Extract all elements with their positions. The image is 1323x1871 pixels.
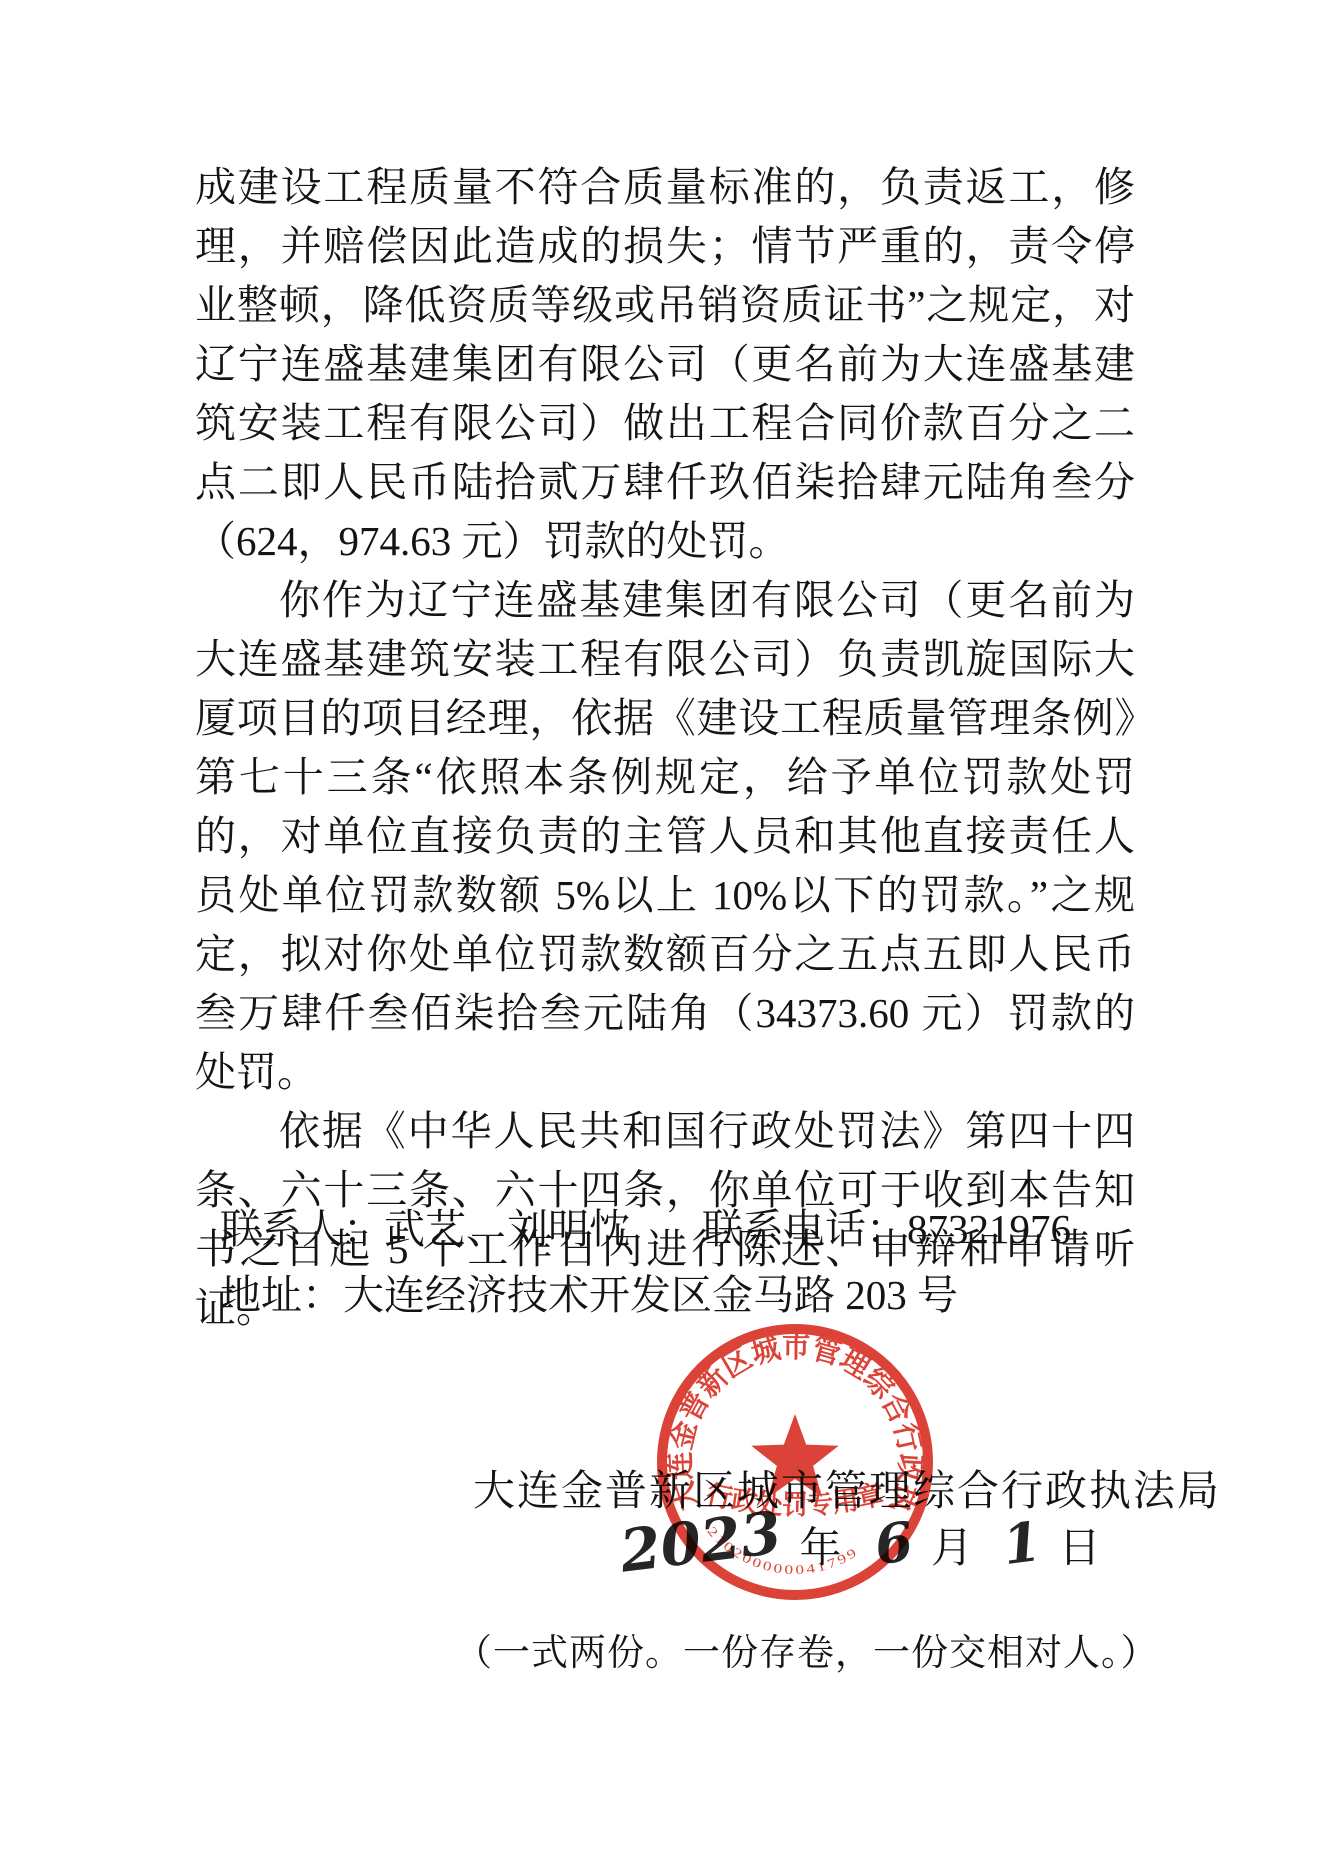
document-body: 成建设工程质量不符合质量标准的，负责返工，修理，并赔偿因此造成的损失；情节严重的… xyxy=(195,158,1135,1338)
address-line: 地址：大连经济技术开发区金马路 203 号 xyxy=(220,1262,1180,1328)
contact-line: 联系人：武艺、刘明忱联系电话：87321976 xyxy=(220,1196,1180,1262)
address-value: 大连经济技术开发区金马路 203 号 xyxy=(343,1272,958,1318)
issue-date-line: 2023 年 6 月 1 日 xyxy=(620,1508,1101,1576)
copies-distribution-note: （一式两份。一份存卷，一份交相对人。） xyxy=(455,1622,1159,1676)
year-char: 年 xyxy=(799,1515,841,1575)
contact-phone-label: 联系电话： xyxy=(702,1206,907,1252)
contact-block: 联系人：武艺、刘明忱联系电话：87321976 地址：大连经济技术开发区金马路 … xyxy=(220,1196,1180,1328)
contact-phone-number: 87321976 xyxy=(907,1206,1071,1252)
document-page: 成建设工程质量不符合质量标准的，负责返工，修理，并赔偿因此造成的损失；情节严重的… xyxy=(0,0,1323,1871)
paragraph-penalty-manager: 你作为辽宁连盛基建集团有限公司（更名前为大连盛基建筑安装工程有限公司）负责凯旋国… xyxy=(195,571,1135,1102)
month-char: 月 xyxy=(931,1515,973,1575)
day-char: 日 xyxy=(1059,1515,1101,1575)
handwritten-year: 2023 xyxy=(616,1498,785,1585)
address-label: 地址： xyxy=(220,1272,343,1318)
handwritten-month: 6 xyxy=(872,1509,917,1577)
contact-person-label: 联系人： xyxy=(220,1206,384,1252)
paragraph-penalty-company: 成建设工程质量不符合质量标准的，负责返工，修理，并赔偿因此造成的损失；情节严重的… xyxy=(195,158,1135,571)
handwritten-day: 1 xyxy=(999,1509,1044,1577)
contact-person-names: 武艺、刘明忱 xyxy=(384,1206,630,1252)
